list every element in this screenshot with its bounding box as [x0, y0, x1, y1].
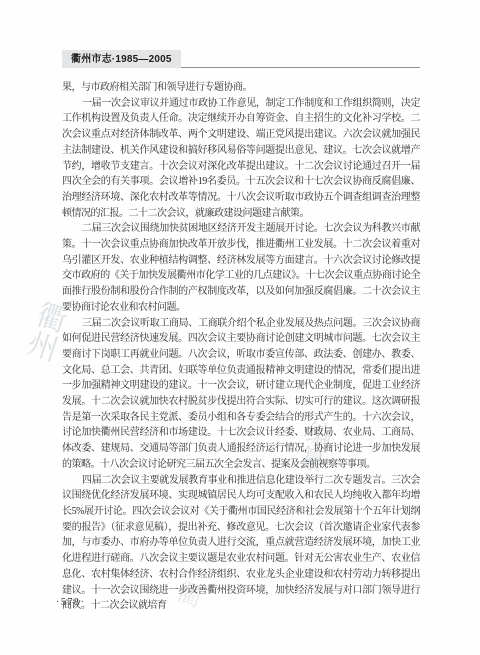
paragraph: 三届二次会议听取工商局、工商联介绍个私企业发展及热点问题。三次会议协商如何促进民… — [62, 316, 420, 473]
running-head-tab: 衢州市志·1985—2005 — [62, 50, 181, 68]
paragraph: 果，与市政府相关部门和领导进行专题协商。 — [62, 80, 420, 96]
paragraph: 二届三次会议围绕加快贫困地区经济开发主题展开讨论。七次会议为科教兴市献策。十一次… — [62, 221, 420, 315]
paragraph: 四届二次会议主要就发展教育事业和推进信息化建设举行二次专题发言。三次会议围绕优化… — [62, 473, 420, 614]
paragraph: 一届一次会议审议并通过市政协工作意见，制定工作制度和工作组织简则，决定工作机构设… — [62, 96, 420, 222]
book-title: 衢州市志·1985—2005 — [71, 54, 172, 65]
document-page: 衢州市志·1985—2005 衢州 编纂 衢 果，与市政府相关部门和领导进行专题… — [0, 0, 480, 655]
body-text: 果，与市政府相关部门和领导进行专题协商。一届一次会议审议并通过市政协工作意见，制… — [62, 80, 420, 614]
page-number: ·578· — [56, 597, 85, 608]
